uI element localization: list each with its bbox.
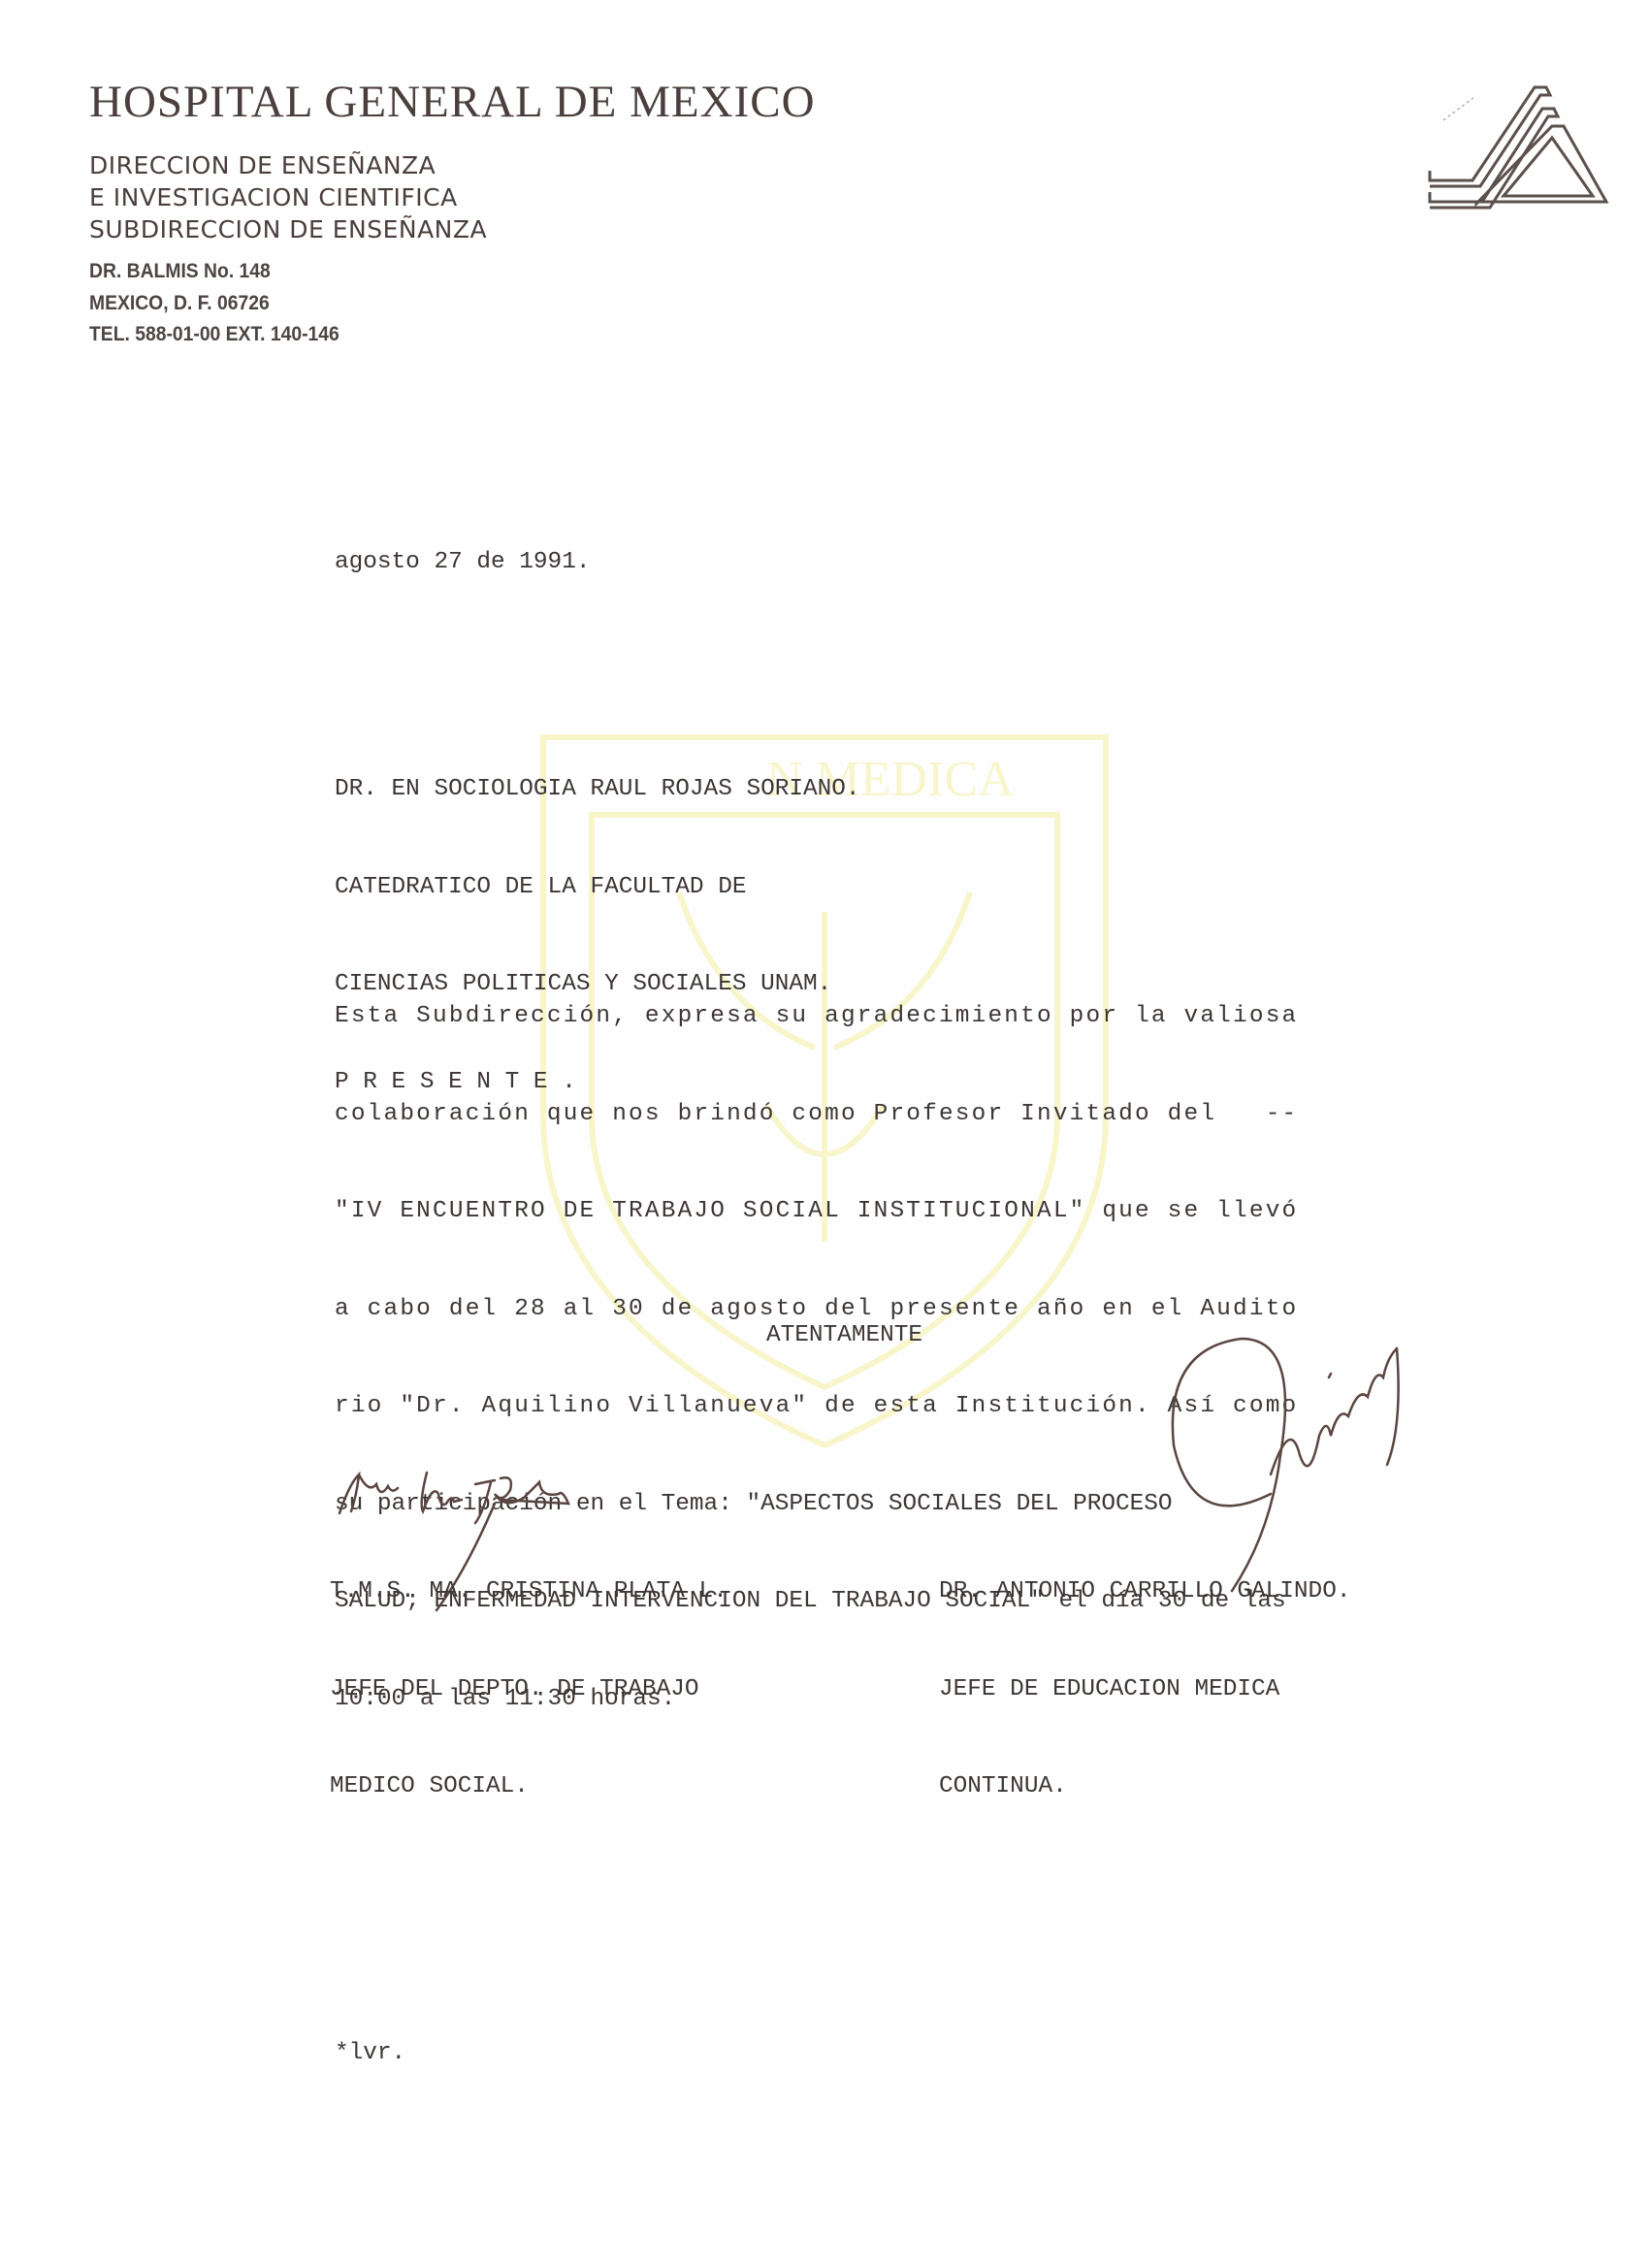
signatory-title: JEFE DE EDUCACION MEDICA xyxy=(939,1673,1350,1706)
department-lines: DIRECCION DE ENSEÑANZA E INVESTIGACION C… xyxy=(89,149,487,245)
reference-initials: *lvr. xyxy=(335,2040,405,2066)
signatory-name: T.M.S. MA. CRISTINA PLATA L. xyxy=(330,1575,727,1608)
recipient-title: CATEDRATICO DE LA FACULTAD DE xyxy=(335,871,860,904)
address-line: DR. BALMIS No. 148 xyxy=(89,256,339,288)
department-line: DIRECCION DE ENSEÑANZA xyxy=(89,149,487,181)
body-line: colaboración que nos brindó como Profeso… xyxy=(335,1098,1298,1131)
body-line: Esta Subdirección, expresa su agradecimi… xyxy=(335,1000,1298,1033)
letter-page: N MEDICA HOSPITAL GENERAL DE MEXICO DIRE… xyxy=(0,0,1649,2268)
phone-line: TEL. 588-01-00 EXT. 140-146 xyxy=(89,319,339,351)
closing-salutation: ATENTAMENTE xyxy=(766,1322,922,1348)
department-line: E INVESTIGACION CIENTIFICA xyxy=(89,181,487,213)
signatory-right: DR. ANTONIO CARRILLO GALINDO. JEFE DE ED… xyxy=(939,1510,1350,1868)
letter-date: agosto 27 de 1991. xyxy=(335,549,590,575)
signatory-title: MEDICO SOCIAL. xyxy=(330,1770,727,1803)
recipient-name: DR. EN SOCIOLOGIA RAUL ROJAS SORIANO. xyxy=(335,773,860,806)
signatory-left: T.M.S. MA. CRISTINA PLATA L. JEFE DEL DE… xyxy=(330,1510,727,1868)
address-line: MEXICO, D. F. 06726 xyxy=(89,288,339,320)
signatory-title: JEFE DEL DEPTO. DE TRABAJO xyxy=(330,1673,727,1706)
address-block: DR. BALMIS No. 148 MEXICO, D. F. 06726 T… xyxy=(89,256,339,351)
department-line: SUBDIRECCION DE ENSEÑANZA xyxy=(89,213,487,245)
stylized-triangle-logo-icon xyxy=(1426,76,1610,211)
body-line: "IV ENCUENTRO DE TRABAJO SOCIAL INSTITUC… xyxy=(335,1195,1298,1228)
signatory-name: DR. ANTONIO CARRILLO GALINDO. xyxy=(939,1575,1350,1608)
signatory-title: CONTINUA. xyxy=(939,1770,1350,1803)
institution-name: HOSPITAL GENERAL DE MEXICO xyxy=(89,76,816,128)
